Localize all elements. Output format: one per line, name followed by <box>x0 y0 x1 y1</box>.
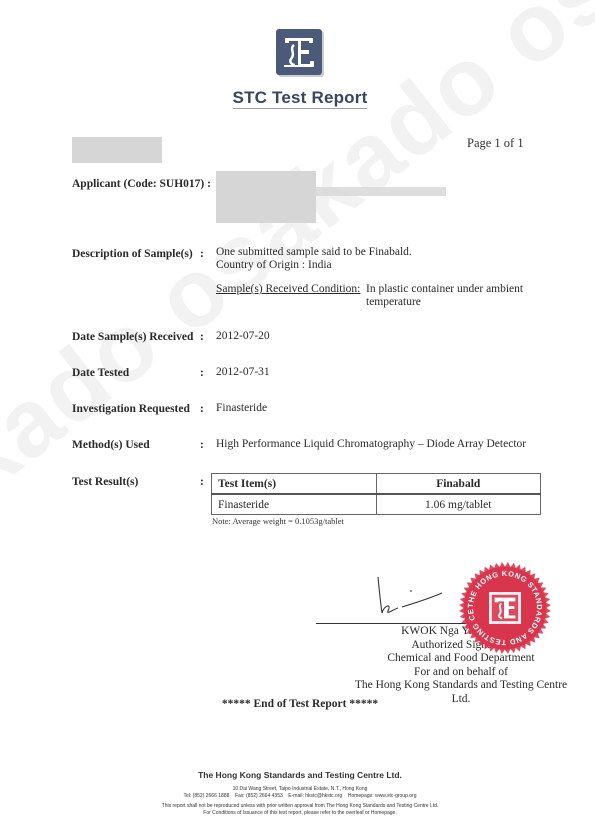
footer-company: The Hong Kong Standards and Testing Cent… <box>0 770 595 780</box>
on-behalf: For and on behalf of <box>268 666 568 680</box>
test-result-label: Test Result(s) <box>72 476 138 488</box>
redacted-applicant-line <box>316 187 446 196</box>
description-label: Description of Sample(s) <box>72 248 193 260</box>
investigation-label: Investigation Requested <box>72 403 190 415</box>
stc-logo-icon <box>276 29 322 75</box>
date-tested-label: Date Tested <box>72 367 129 379</box>
signature-icon <box>370 575 450 620</box>
description-line: One submitted sample said to be Finabald… <box>216 246 412 259</box>
redacted-report-number <box>72 137 162 163</box>
header-sample: Finabald <box>376 474 541 495</box>
footer-conditions: For Conditions of Issuance of this test … <box>0 810 595 816</box>
footer-disclaimer: This report shall not be reproduced unle… <box>0 803 595 809</box>
description-value: One submitted sample said to be Finabald… <box>216 246 412 272</box>
table-note: Note: Average weight = 0.1053g/tablet <box>212 516 344 526</box>
results-table: Test Item(s) Finabald Finasteride 1.06 m… <box>211 473 541 515</box>
colon: : <box>200 439 204 451</box>
condition-label: Sample(s) Received Condition: <box>216 283 360 296</box>
colon: : <box>200 367 204 379</box>
footer-contact: Tel: (852) 2666 1888 Fax: (852) 2664 435… <box>0 793 595 799</box>
cell-test-item: Finasteride <box>212 494 377 515</box>
colon: : <box>200 248 204 260</box>
end-of-report: ***** End of Test Report ***** <box>0 698 595 710</box>
method-value: High Performance Liquid Chromatography –… <box>216 438 526 451</box>
redacted-applicant <box>216 171 316 223</box>
cell-result: 1.06 mg/tablet <box>376 494 541 515</box>
table-header-row: Test Item(s) Finabald <box>212 474 541 495</box>
footer-address: 10 Dai Wang Street, Taipo Industrial Est… <box>0 786 595 792</box>
applicant-label: Applicant (Code: SUH017) : <box>72 178 211 190</box>
date-received-label: Date Sample(s) Received <box>72 331 193 343</box>
condition-line: In plastic container under ambient <box>366 283 523 296</box>
table-row: Finasteride 1.06 mg/tablet <box>212 494 541 515</box>
page-indicator: Page 1 of 1 <box>467 136 524 151</box>
method-label: Method(s) Used <box>72 439 150 451</box>
company-seal-icon: THE HONG KONG STANDARDS AND TESTING CENT… <box>458 561 552 655</box>
date-received-value: 2012-07-20 <box>216 330 270 343</box>
condition-value: In plastic container under ambient tempe… <box>366 283 523 309</box>
country-of-origin: Country of Origin : India <box>216 259 412 272</box>
date-tested-value: 2012-07-31 <box>216 366 270 379</box>
header-test-item: Test Item(s) <box>212 474 377 495</box>
condition-line: temperature <box>366 296 523 309</box>
colon: : <box>200 331 204 343</box>
report-title: STC Test Report <box>0 88 595 108</box>
investigation-value: Finasteride <box>216 402 267 415</box>
colon: : <box>200 476 204 488</box>
colon: : <box>200 403 204 415</box>
